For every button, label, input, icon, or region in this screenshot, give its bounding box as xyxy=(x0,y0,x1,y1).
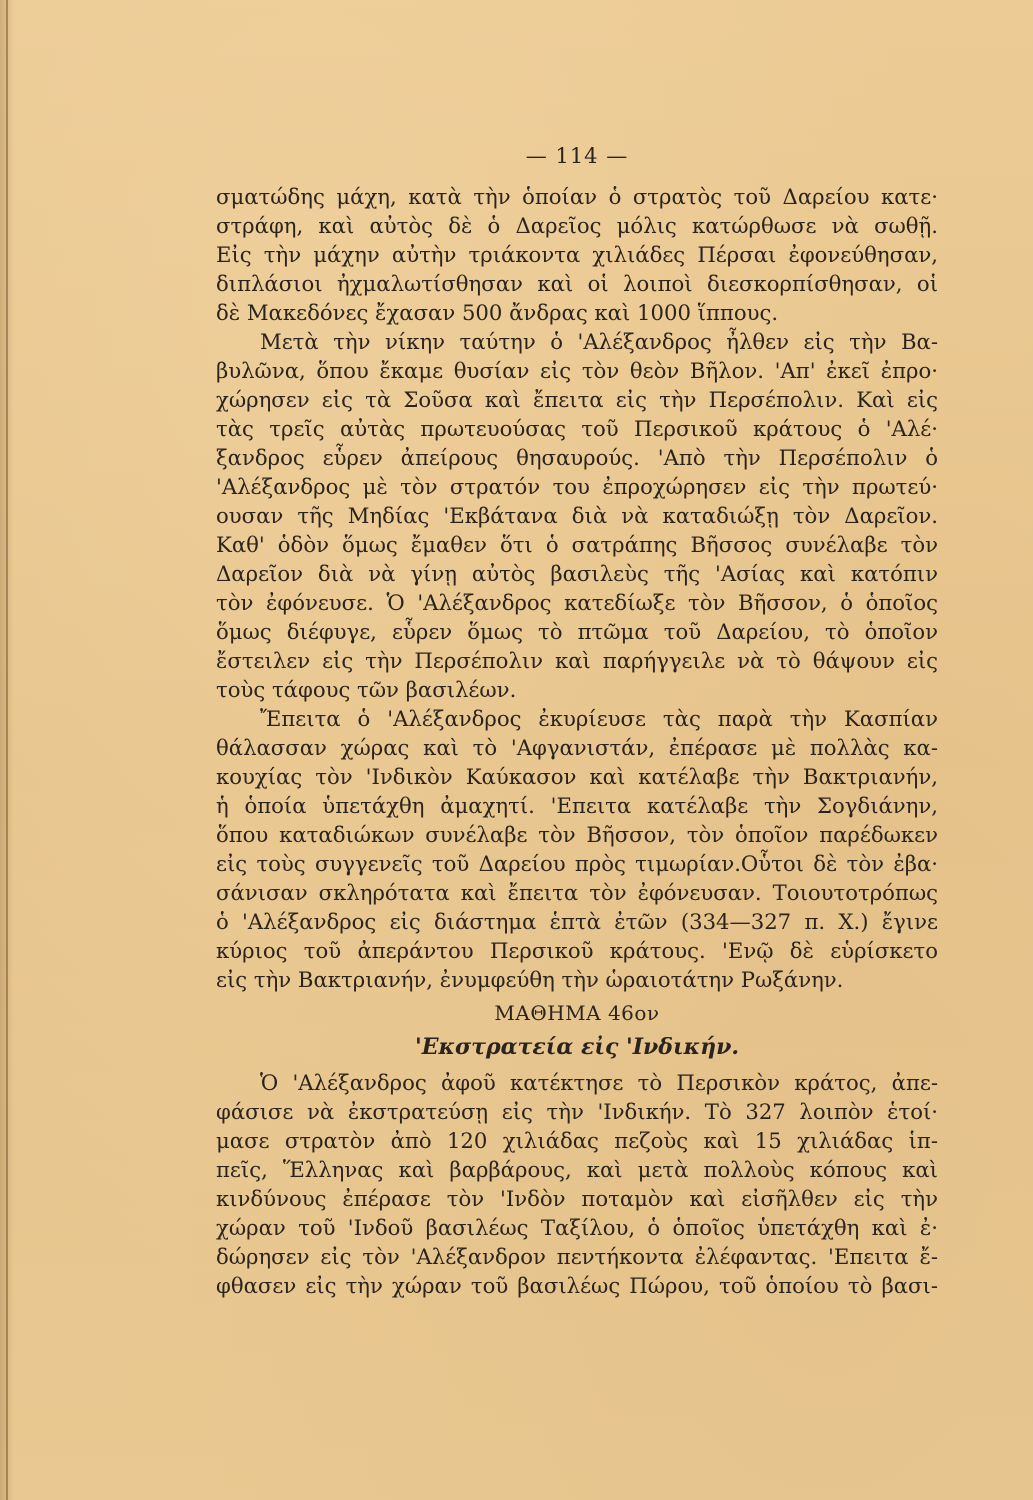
text-line: πεῖς, Ἕλληνας καὶ βαρβάρους, καὶ μετὰ πο… xyxy=(216,1155,938,1184)
text-line: διπλάσιοι ἠχμαλωτίσθησαν καὶ οἱ λοιποὶ δ… xyxy=(216,269,938,298)
text-line: Ὁ 'Αλέξανδρος ἀφοῦ κατέκτησε τὸ Περσικὸν… xyxy=(216,1068,938,1097)
text-line: ἡ ὁποία ὑπετάχθη ἀμαχητί. 'Επειτα κατέλα… xyxy=(216,791,938,820)
text-line: χώρησεν εἰς τὰ Σοῦσα καὶ ἔπειτα εἰς τὴν … xyxy=(216,385,938,414)
text-line: εἰς τοὺς συγγενεῖς τοῦ Δαρείου πρὸς τιμω… xyxy=(216,849,938,878)
text-line: βυλῶνα, ὅπου ἔκαμε θυσίαν εἰς τὸν θεὸν Β… xyxy=(216,356,938,385)
lesson-title: 'Εκστρατεία εἰς 'Ινδικήν. xyxy=(216,1030,938,1064)
paragraph-2: Μετὰ τὴν νίκην ταύτην ὁ 'Αλέξανδρος ἦλθε… xyxy=(216,327,938,704)
text-line: δώρησεν εἰς τὸν 'Αλέξανδρον πεντήκοντα ἐ… xyxy=(216,1242,938,1271)
text-line: Καθ' ὁδὸν ὅμως ἔμαθεν ὅτι ὁ σατράπης Βῆσ… xyxy=(216,530,938,559)
text-line: Δαρεῖον διὰ νὰ γίνῃ αὐτὸς βασιλεὺς τῆς '… xyxy=(216,559,938,588)
text-line: κύριος τοῦ ἀπεράντου Περσικοῦ κράτους. '… xyxy=(216,936,938,965)
text-line: ἔστειλεν εἰς τὴν Περσέπολιν καὶ παρήγγει… xyxy=(216,646,938,675)
text-line: Μετὰ τὴν νίκην ταύτην ὁ 'Αλέξανδρος ἦλθε… xyxy=(216,327,938,356)
text-line: κινδύνους ἐπέρασε τὸν 'Ινδὸν ποταμὸν καὶ… xyxy=(216,1184,938,1213)
text-line: ὅπου καταδιώκων συνέλαβε τὸν Βῆσσον, τὸν… xyxy=(216,820,938,849)
lesson-paragraph-1: Ὁ 'Αλέξανδρος ἀφοῦ κατέκτησε τὸ Περσικὸν… xyxy=(216,1068,938,1300)
book-page: — 114 — σματώδης μάχη, κατὰ τὴν ὁποίαν ὁ… xyxy=(216,140,938,1300)
binding-edge xyxy=(6,0,8,1500)
paragraph-3: Ἔπειτα ὁ 'Αλέξανδρος ἐκυρίευσε τὰς παρὰ … xyxy=(216,704,938,994)
text-line: σματώδης μάχη, κατὰ τὴν ὁποίαν ὁ στρατὸς… xyxy=(216,182,938,211)
text-line: ὅμως διέφυγε, εὗρεν ὅμως τὸ πτῶμα τοῦ Δα… xyxy=(216,617,938,646)
text-line: Ἔπειτα ὁ 'Αλέξανδρος ἐκυρίευσε τὰς παρὰ … xyxy=(216,704,938,733)
text-line: τὸν ἐφόνευσε. Ὁ 'Αλέξανδρος κατεδίωξε τὸ… xyxy=(216,588,938,617)
paragraph-1: σματώδης μάχη, κατὰ τὴν ὁποίαν ὁ στρατὸς… xyxy=(216,182,938,327)
text-line: χώραν τοῦ 'Ινδοῦ βασιλέως Ταξίλου, ὁ ὁπο… xyxy=(216,1213,938,1242)
text-line: ξανδρος εὗρεν ἀπείρους θησαυρούς. 'Απὸ τ… xyxy=(216,443,938,472)
text-line: θάλασσαν χώρας καὶ τὸ 'Αφγανιστάν, ἐπέρα… xyxy=(216,733,938,762)
text-line: δὲ Μακεδόνες ἔχασαν 500 ἄνδρας καὶ 1000 … xyxy=(216,298,938,327)
text-line: κουχίας τὸν 'Ινδικὸν Καύκασον καὶ κατέλα… xyxy=(216,762,938,791)
text-line: φθασεν εἰς τὴν χώραν τοῦ βασιλέως Πώρου,… xyxy=(216,1271,938,1300)
text-line: στράφη, καὶ αὐτὸς δὲ ὁ Δαρεῖος μόλις κατ… xyxy=(216,211,938,240)
text-line: Εἰς τὴν μάχην αὐτὴν τριάκοντα χιλιάδες Π… xyxy=(216,240,938,269)
text-line: σάνισαν σκληρότατα καὶ ἔπειτα τὸν ἐφόνευ… xyxy=(216,878,938,907)
text-line: ουσαν τῆς Μηδίας 'Εκβάτανα διὰ νὰ καταδι… xyxy=(216,501,938,530)
text-line: 'Αλέξανδρος μὲ τὸν στρατόν του ἐπροχώρησ… xyxy=(216,472,938,501)
lesson-heading: ΜΑΘΗΜΑ 46ον xyxy=(216,998,938,1028)
text-line: εἰς τὴν Βακτριανήν, ἐνυμφεύθη τὴν ὡραιοτ… xyxy=(216,965,938,994)
page-number: — 114 — xyxy=(216,140,938,172)
text-line: τοὺς τάφους τῶν βασιλέων. xyxy=(216,675,938,704)
text-line: τὰς τρεῖς αὐτὰς πρωτευούσας τοῦ Περσικοῦ… xyxy=(216,414,938,443)
text-line: φάσισε νὰ ἐκστρατεύσῃ εἰς τὴν 'Ινδικήν. … xyxy=(216,1097,938,1126)
text-line: μασε στρατὸν ἀπὸ 120 χιλιάδας πεζοὺς καὶ… xyxy=(216,1126,938,1155)
text-line: ὁ 'Αλέξανδρος εἰς διάστημα ἑπτὰ ἐτῶν (33… xyxy=(216,907,938,936)
